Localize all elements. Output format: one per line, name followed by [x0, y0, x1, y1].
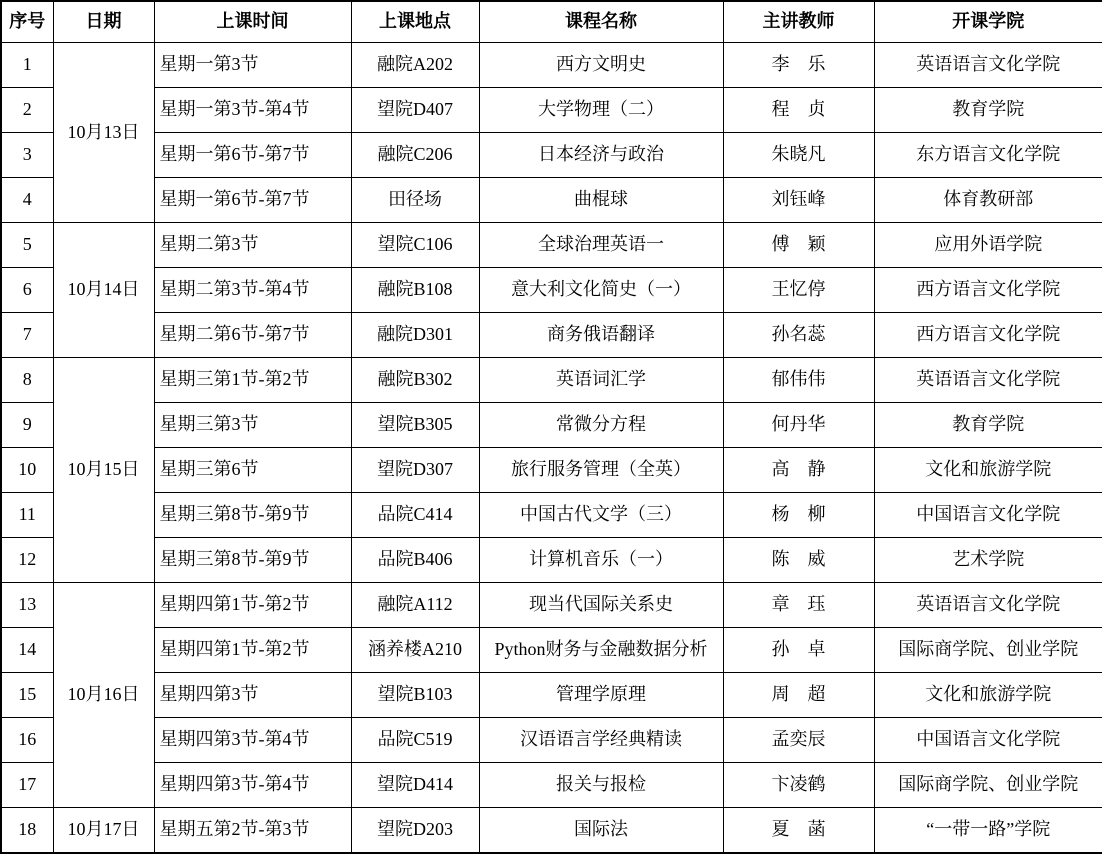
- teacher-name-cell: 王忆停: [723, 268, 874, 313]
- teacher-name-cell: 孟奕辰: [723, 718, 874, 763]
- course-name-cell: 报关与报检: [479, 763, 723, 808]
- serial-number-cell: 7: [1, 313, 53, 358]
- class-time-cell: 星期四第3节-第4节: [154, 718, 351, 763]
- table-row: 2星期一第3节-第4节望院D407大学物理（二）程 贞教育学院: [1, 88, 1102, 133]
- course-name-cell: 英语词汇学: [479, 358, 723, 403]
- course-name-cell: 意大利文化简史（一）: [479, 268, 723, 313]
- date-cell: 10月17日: [53, 808, 154, 854]
- class-time-cell: 星期二第3节: [154, 223, 351, 268]
- serial-number-cell: 13: [1, 583, 53, 628]
- course-name-cell: 管理学原理: [479, 673, 723, 718]
- location-cell: 望院D414: [351, 763, 479, 808]
- college-cell: “一带一路”学院: [874, 808, 1102, 854]
- table-row: 7星期二第6节-第7节融院D301商务俄语翻译孙名蕊西方语言文化学院: [1, 313, 1102, 358]
- location-cell: 品院B406: [351, 538, 479, 583]
- teacher-name-cell: 夏 菡: [723, 808, 874, 854]
- location-cell: 融院A202: [351, 43, 479, 88]
- college-cell: 英语语言文化学院: [874, 43, 1102, 88]
- table-row: 1810月17日星期五第2节-第3节望院D203国际法夏 菡“一带一路”学院: [1, 808, 1102, 854]
- location-cell: 品院C519: [351, 718, 479, 763]
- class-time-cell: 星期一第6节-第7节: [154, 178, 351, 223]
- table-row: 4星期一第6节-第7节田径场曲棍球刘钰峰体育教研部: [1, 178, 1102, 223]
- serial-number-cell: 17: [1, 763, 53, 808]
- table-row: 6星期二第3节-第4节融院B108意大利文化简史（一）王忆停西方语言文化学院: [1, 268, 1102, 313]
- teacher-name-cell: 李 乐: [723, 43, 874, 88]
- class-time-cell: 星期五第2节-第3节: [154, 808, 351, 854]
- class-schedule-table: 序号 日期 上课时间 上课地点 课程名称 主讲教师 开课学院 110月13日星期…: [0, 0, 1102, 854]
- header-serial-number: 序号: [1, 1, 53, 43]
- location-cell: 田径场: [351, 178, 479, 223]
- date-cell: 10月15日: [53, 358, 154, 583]
- location-cell: 望院B103: [351, 673, 479, 718]
- serial-number-cell: 14: [1, 628, 53, 673]
- college-cell: 中国语言文化学院: [874, 493, 1102, 538]
- teacher-name-cell: 朱晓凡: [723, 133, 874, 178]
- location-cell: 品院C414: [351, 493, 479, 538]
- serial-number-cell: 1: [1, 43, 53, 88]
- location-cell: 融院D301: [351, 313, 479, 358]
- schedule-body: 110月13日星期一第3节融院A202西方文明史李 乐英语语言文化学院2星期一第…: [1, 43, 1102, 854]
- serial-number-cell: 18: [1, 808, 53, 854]
- class-time-cell: 星期一第6节-第7节: [154, 133, 351, 178]
- header-college: 开课学院: [874, 1, 1102, 43]
- location-cell: 融院C206: [351, 133, 479, 178]
- teacher-name-cell: 孙名蕊: [723, 313, 874, 358]
- class-time-cell: 星期二第3节-第4节: [154, 268, 351, 313]
- serial-number-cell: 9: [1, 403, 53, 448]
- date-cell: 10月16日: [53, 583, 154, 808]
- class-time-cell: 星期一第3节: [154, 43, 351, 88]
- class-time-cell: 星期一第3节-第4节: [154, 88, 351, 133]
- course-name-cell: 日本经济与政治: [479, 133, 723, 178]
- college-cell: 英语语言文化学院: [874, 358, 1102, 403]
- teacher-name-cell: 卞凌鹤: [723, 763, 874, 808]
- course-name-cell: Python财务与金融数据分析: [479, 628, 723, 673]
- class-time-cell: 星期四第1节-第2节: [154, 583, 351, 628]
- table-row: 17星期四第3节-第4节望院D414报关与报检卞凌鹤国际商学院、创业学院: [1, 763, 1102, 808]
- college-cell: 西方语言文化学院: [874, 268, 1102, 313]
- serial-number-cell: 8: [1, 358, 53, 403]
- class-time-cell: 星期三第6节: [154, 448, 351, 493]
- college-cell: 国际商学院、创业学院: [874, 763, 1102, 808]
- college-cell: 体育教研部: [874, 178, 1102, 223]
- table-row: 3星期一第6节-第7节融院C206日本经济与政治朱晓凡东方语言文化学院: [1, 133, 1102, 178]
- course-name-cell: 常微分方程: [479, 403, 723, 448]
- teacher-name-cell: 陈 威: [723, 538, 874, 583]
- teacher-name-cell: 傅 颖: [723, 223, 874, 268]
- location-cell: 涵养楼A210: [351, 628, 479, 673]
- college-cell: 中国语言文化学院: [874, 718, 1102, 763]
- header-class-time: 上课时间: [154, 1, 351, 43]
- teacher-name-cell: 高 静: [723, 448, 874, 493]
- table-row: 110月13日星期一第3节融院A202西方文明史李 乐英语语言文化学院: [1, 43, 1102, 88]
- class-time-cell: 星期三第3节: [154, 403, 351, 448]
- course-name-cell: 曲棍球: [479, 178, 723, 223]
- header-course-name: 课程名称: [479, 1, 723, 43]
- table-row: 15星期四第3节望院B103管理学原理周 超文化和旅游学院: [1, 673, 1102, 718]
- college-cell: 东方语言文化学院: [874, 133, 1102, 178]
- class-time-cell: 星期二第6节-第7节: [154, 313, 351, 358]
- table-row: 810月15日星期三第1节-第2节融院B302英语词汇学郁伟伟英语语言文化学院: [1, 358, 1102, 403]
- serial-number-cell: 6: [1, 268, 53, 313]
- college-cell: 应用外语学院: [874, 223, 1102, 268]
- class-time-cell: 星期三第1节-第2节: [154, 358, 351, 403]
- teacher-name-cell: 郁伟伟: [723, 358, 874, 403]
- teacher-name-cell: 何丹华: [723, 403, 874, 448]
- serial-number-cell: 2: [1, 88, 53, 133]
- class-time-cell: 星期三第8节-第9节: [154, 538, 351, 583]
- course-name-cell: 计算机音乐（一）: [479, 538, 723, 583]
- teacher-name-cell: 刘钰峰: [723, 178, 874, 223]
- location-cell: 融院B302: [351, 358, 479, 403]
- class-time-cell: 星期四第3节: [154, 673, 351, 718]
- teacher-name-cell: 周 超: [723, 673, 874, 718]
- serial-number-cell: 11: [1, 493, 53, 538]
- class-time-cell: 星期三第8节-第9节: [154, 493, 351, 538]
- course-name-cell: 西方文明史: [479, 43, 723, 88]
- table-row: 1310月16日星期四第1节-第2节融院A112现当代国际关系史章 珏英语语言文…: [1, 583, 1102, 628]
- table-row: 14星期四第1节-第2节涵养楼A210Python财务与金融数据分析孙 卓国际商…: [1, 628, 1102, 673]
- college-cell: 文化和旅游学院: [874, 673, 1102, 718]
- location-cell: 望院D203: [351, 808, 479, 854]
- location-cell: 望院C106: [351, 223, 479, 268]
- serial-number-cell: 15: [1, 673, 53, 718]
- teacher-name-cell: 孙 卓: [723, 628, 874, 673]
- course-name-cell: 现当代国际关系史: [479, 583, 723, 628]
- college-cell: 文化和旅游学院: [874, 448, 1102, 493]
- course-name-cell: 中国古代文学（三）: [479, 493, 723, 538]
- location-cell: 融院B108: [351, 268, 479, 313]
- college-cell: 教育学院: [874, 88, 1102, 133]
- date-cell: 10月13日: [53, 43, 154, 223]
- course-name-cell: 商务俄语翻译: [479, 313, 723, 358]
- serial-number-cell: 16: [1, 718, 53, 763]
- serial-number-cell: 3: [1, 133, 53, 178]
- location-cell: 望院D407: [351, 88, 479, 133]
- table-row: 12星期三第8节-第9节品院B406计算机音乐（一）陈 威艺术学院: [1, 538, 1102, 583]
- table-row: 11星期三第8节-第9节品院C414中国古代文学（三）杨 柳中国语言文化学院: [1, 493, 1102, 538]
- serial-number-cell: 4: [1, 178, 53, 223]
- teacher-name-cell: 杨 柳: [723, 493, 874, 538]
- teacher-name-cell: 章 珏: [723, 583, 874, 628]
- header-teacher: 主讲教师: [723, 1, 874, 43]
- serial-number-cell: 5: [1, 223, 53, 268]
- college-cell: 英语语言文化学院: [874, 583, 1102, 628]
- header-date: 日期: [53, 1, 154, 43]
- college-cell: 国际商学院、创业学院: [874, 628, 1102, 673]
- class-schedule-page: 序号 日期 上课时间 上课地点 课程名称 主讲教师 开课学院 110月13日星期…: [0, 0, 1102, 857]
- course-name-cell: 全球治理英语一: [479, 223, 723, 268]
- college-cell: 艺术学院: [874, 538, 1102, 583]
- table-row: 10星期三第6节望院D307旅行服务管理（全英）高 静文化和旅游学院: [1, 448, 1102, 493]
- course-name-cell: 汉语语言学经典精读: [479, 718, 723, 763]
- location-cell: 望院D307: [351, 448, 479, 493]
- class-time-cell: 星期四第1节-第2节: [154, 628, 351, 673]
- table-row: 16星期四第3节-第4节品院C519汉语语言学经典精读孟奕辰中国语言文化学院: [1, 718, 1102, 763]
- location-cell: 融院A112: [351, 583, 479, 628]
- course-name-cell: 旅行服务管理（全英）: [479, 448, 723, 493]
- class-time-cell: 星期四第3节-第4节: [154, 763, 351, 808]
- college-cell: 教育学院: [874, 403, 1102, 448]
- date-cell: 10月14日: [53, 223, 154, 358]
- header-location: 上课地点: [351, 1, 479, 43]
- serial-number-cell: 12: [1, 538, 53, 583]
- header-row: 序号 日期 上课时间 上课地点 课程名称 主讲教师 开课学院: [1, 1, 1102, 43]
- teacher-name-cell: 程 贞: [723, 88, 874, 133]
- serial-number-cell: 10: [1, 448, 53, 493]
- course-name-cell: 国际法: [479, 808, 723, 854]
- table-row: 9星期三第3节望院B305常微分方程何丹华教育学院: [1, 403, 1102, 448]
- college-cell: 西方语言文化学院: [874, 313, 1102, 358]
- table-row: 510月14日星期二第3节望院C106全球治理英语一傅 颖应用外语学院: [1, 223, 1102, 268]
- location-cell: 望院B305: [351, 403, 479, 448]
- course-name-cell: 大学物理（二）: [479, 88, 723, 133]
